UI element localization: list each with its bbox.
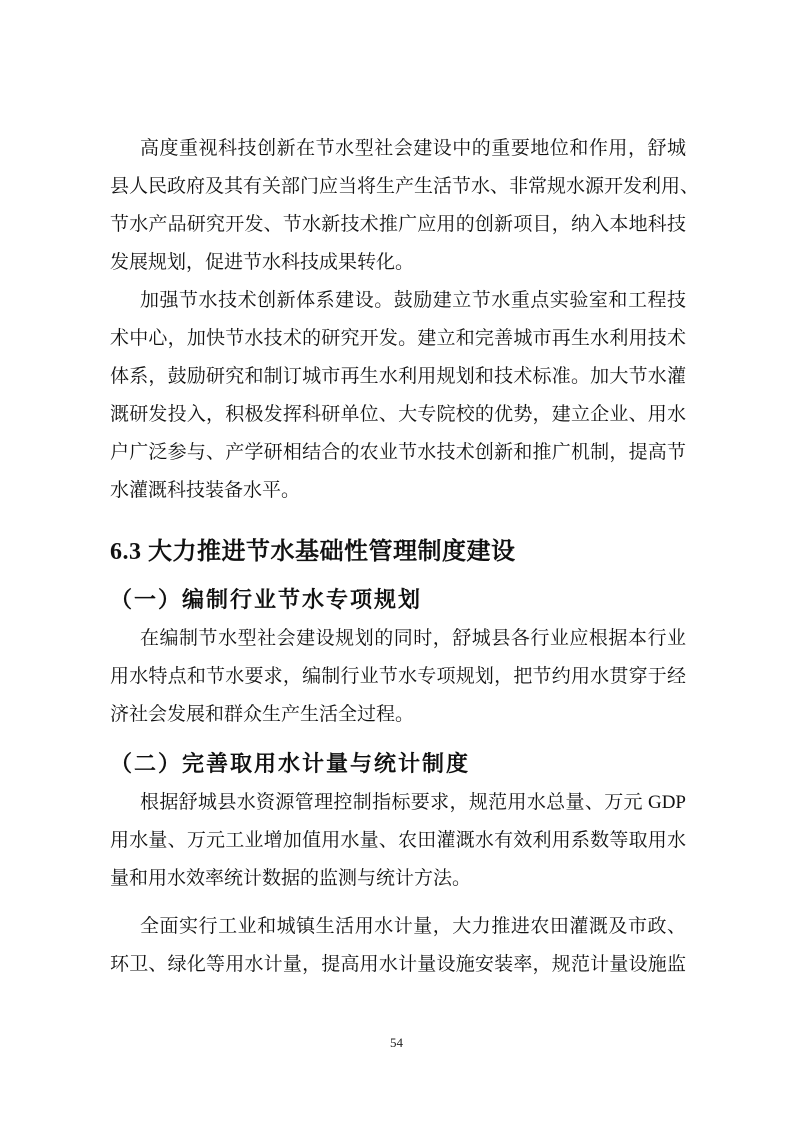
section-heading: 6.3 大力推进节水基础性管理制度建设 [110, 530, 686, 574]
page-content: 高度重视科技创新在节水型社会建设中的重要地位和作用，舒城 县人民政府及其有关部门… [110, 130, 686, 984]
text-line: 节水产品研究开发、节水新技术推广应用的创新项目，纳入本地科技 [110, 206, 686, 244]
paragraph: 加强节水技术创新体系建设。鼓励建立节水重点实验室和工程技 术中心，加快节水技术的… [110, 282, 686, 510]
text-line: 溉研发投入，积极发挥科研单位、大专院校的优势，建立企业、用水 [110, 396, 686, 434]
paragraph: 根据舒城县水资源管理控制指标要求，规范用水总量、万元 GDP 用水量、万元工业增… [110, 784, 686, 898]
document-page: 高度重视科技创新在节水型社会建设中的重要地位和作用，舒城 县人民政府及其有关部门… [0, 0, 793, 1122]
text-line: 根据舒城县水资源管理控制指标要求，规范用水总量、万元 GDP [110, 784, 686, 822]
text-line: 全面实行工业和城镇生活用水计量，大力推进农田灌溉及市政、 [110, 908, 686, 946]
paragraph: 在编制节水型社会建设规划的同时，舒城县各行业应根据本行业 用水特点和节水要求，编… [110, 620, 686, 734]
text-line: 济社会发展和群众生产生活全过程。 [110, 696, 686, 734]
text-line: 高度重视科技创新在节水型社会建设中的重要地位和作用，舒城 [110, 130, 686, 168]
text-line: 发展规划，促进节水科技成果转化。 [110, 244, 686, 282]
text-line: 用水量、万元工业增加值用水量、农田灌溉水有效利用系数等取用水 [110, 822, 686, 860]
text-line: 水灌溉科技装备水平。 [110, 472, 686, 510]
text-line: 加强节水技术创新体系建设。鼓励建立节水重点实验室和工程技 [110, 282, 686, 320]
text-line: 量和用水效率统计数据的监测与统计方法。 [110, 860, 686, 898]
paragraph: 全面实行工业和城镇生活用水计量，大力推进农田灌溉及市政、 环卫、绿化等用水计量，… [110, 908, 686, 984]
paragraph: 高度重视科技创新在节水型社会建设中的重要地位和作用，舒城 县人民政府及其有关部门… [110, 130, 686, 282]
text-line: 用水特点和节水要求，编制行业节水专项规划，把节约用水贯穿于经 [110, 658, 686, 696]
page-number: 54 [0, 1035, 793, 1051]
subsection-heading-2: （二）完善取用水计量与统计制度 [110, 744, 686, 784]
subsection-heading-1: （一）编制行业节水专项规划 [110, 580, 686, 620]
text-line: 环卫、绿化等用水计量，提高用水计量设施安装率，规范计量设施监 [110, 946, 686, 984]
text-line: 体系，鼓励研究和制订城市再生水利用规划和技术标准。加大节水灌 [110, 358, 686, 396]
text-line: 术中心，加快节水技术的研究开发。建立和完善城市再生水利用技术 [110, 320, 686, 358]
text-line: 在编制节水型社会建设规划的同时，舒城县各行业应根据本行业 [110, 620, 686, 658]
text-line: 县人民政府及其有关部门应当将生产生活节水、非常规水源开发利用、 [110, 168, 686, 206]
text-line: 户广泛参与、产学研相结合的农业节水技术创新和推广机制，提高节 [110, 434, 686, 472]
